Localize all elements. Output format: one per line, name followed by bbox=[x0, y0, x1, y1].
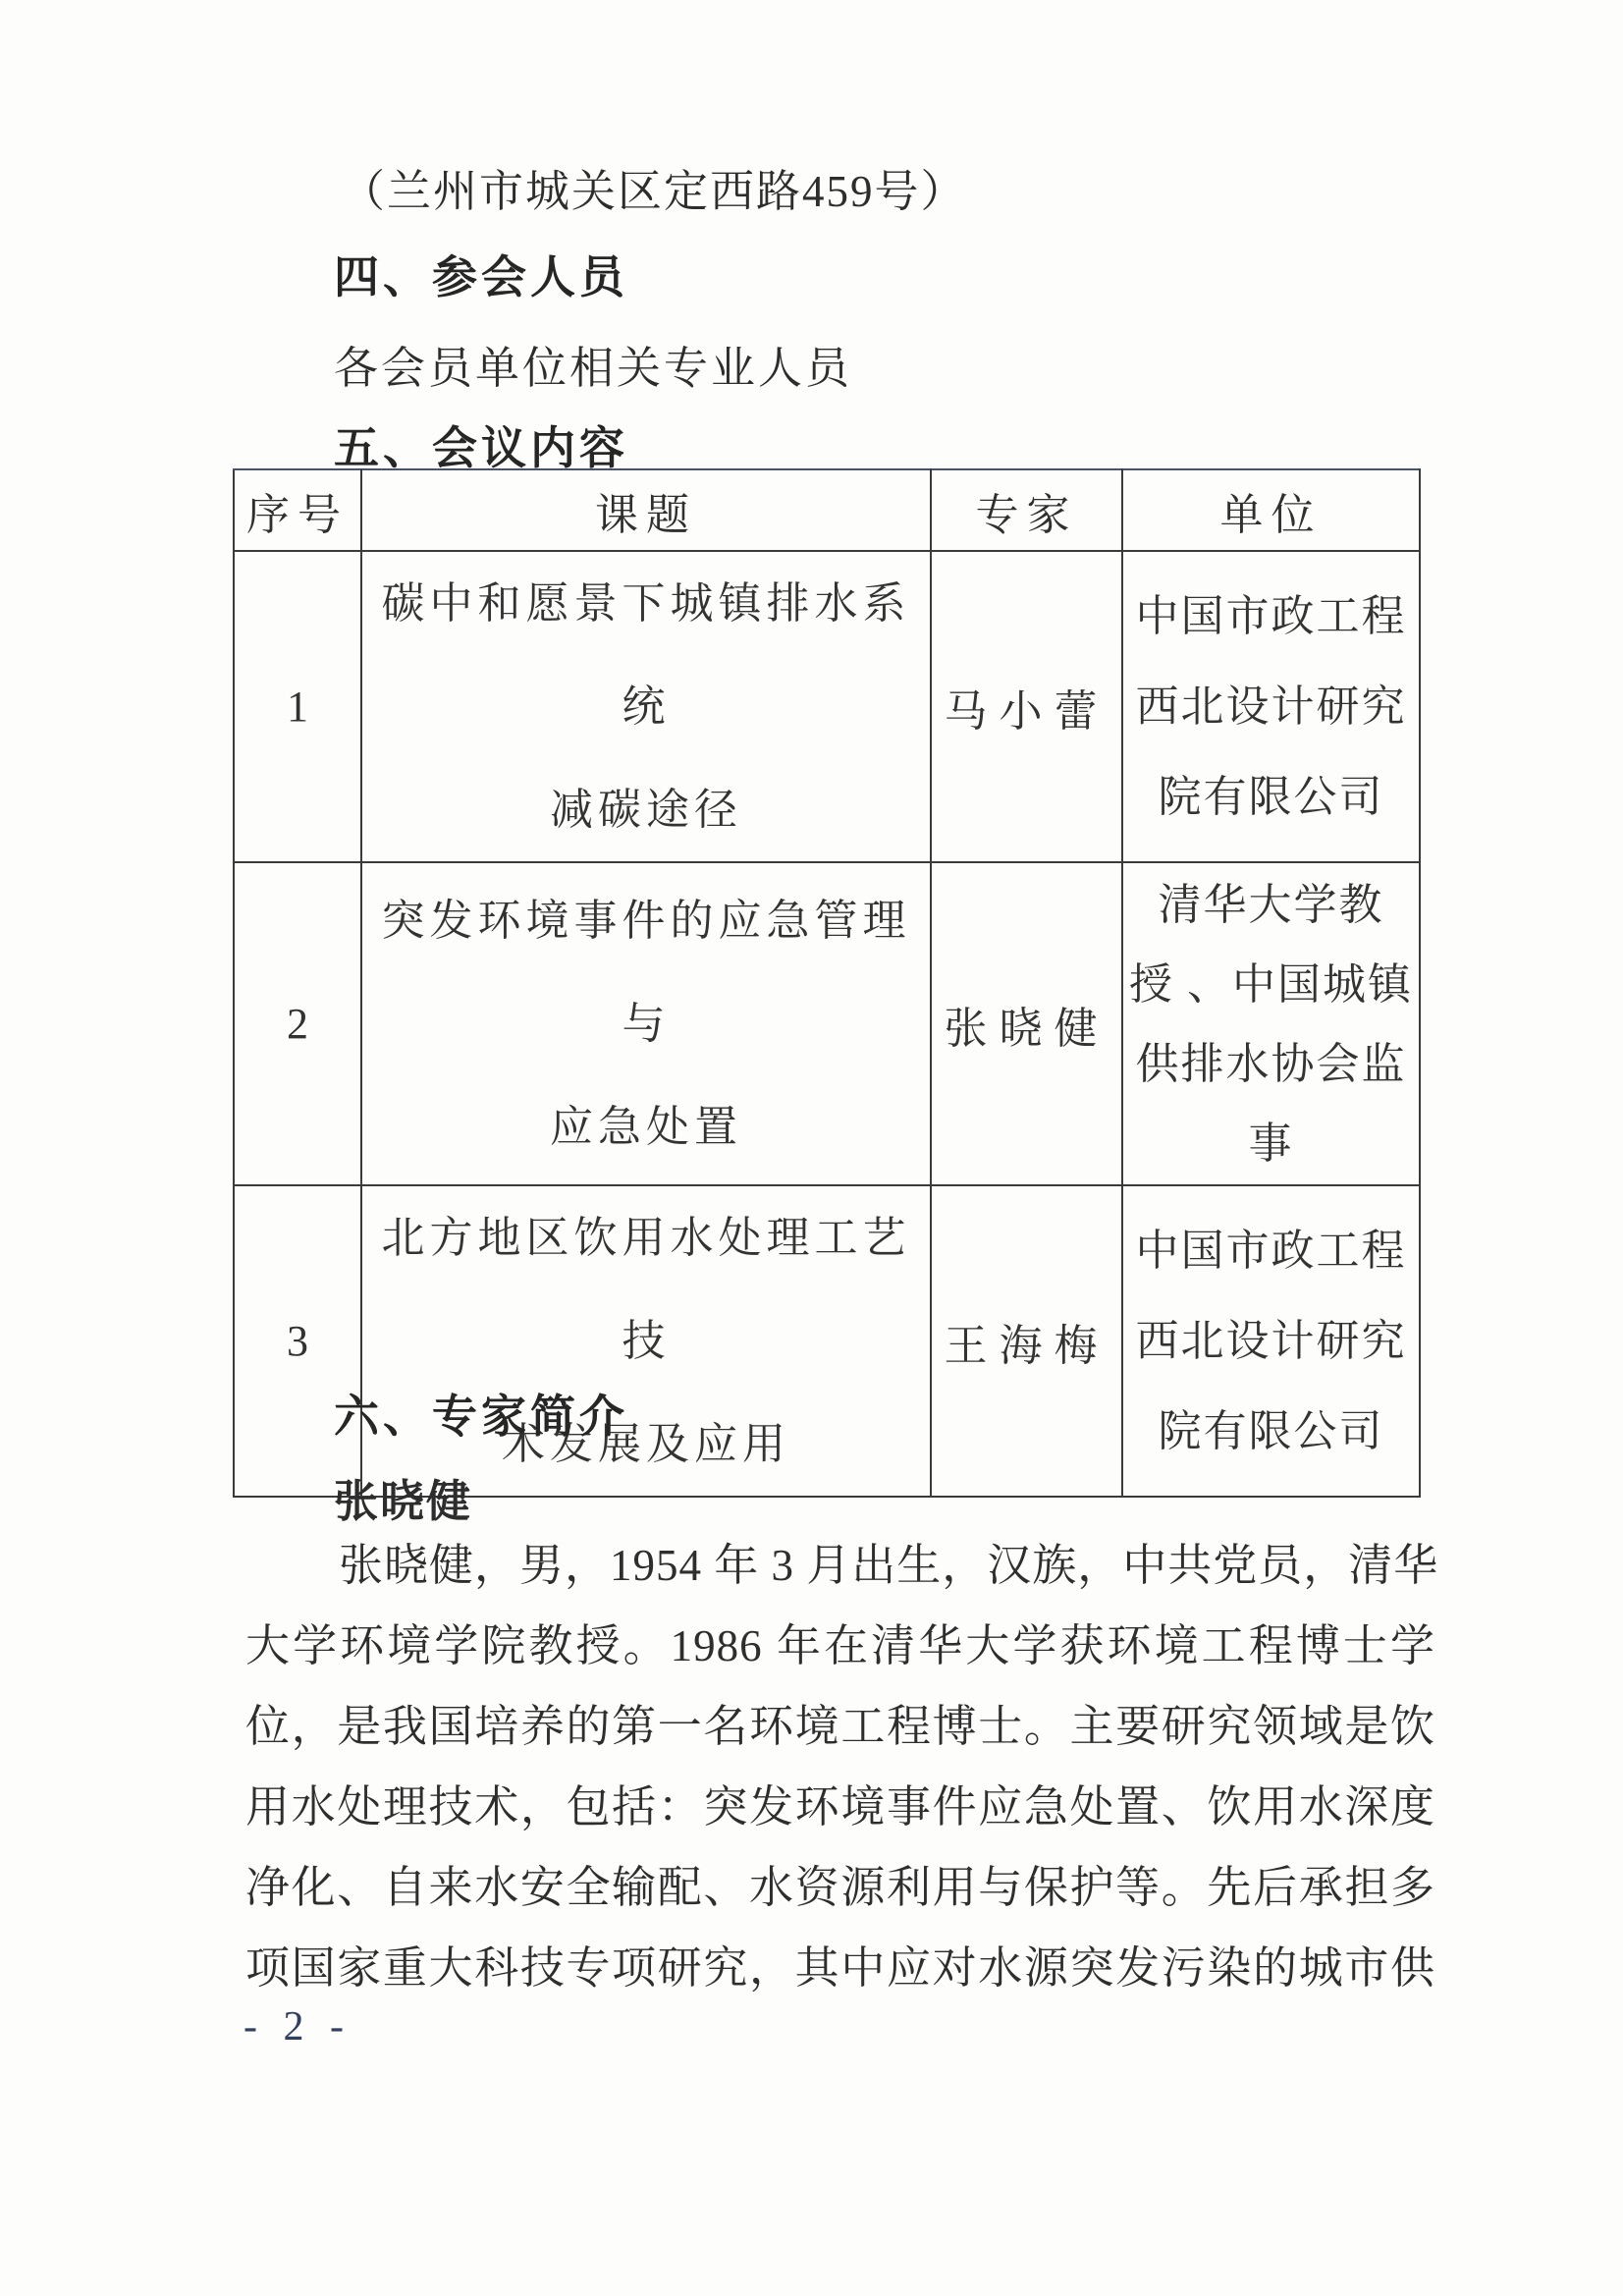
table-row: 3 北方地区饮用水处理工艺技 术发展及应用 王海梅 中国市政工程 西北设计研究 … bbox=[234, 1185, 1420, 1497]
bio-line: 用水处理技术，包括：突发环境事件应急处置、饮用水深度 bbox=[245, 1767, 1435, 1847]
row-unit: 中国市政工程 西北设计研究 院有限公司 bbox=[1122, 551, 1420, 862]
bio-line: 项国家重大科技专项研究，其中应对水源突发污染的城市供 bbox=[245, 1928, 1435, 2008]
row-expert: 马小蕾 bbox=[931, 551, 1122, 862]
unit-line: 事 bbox=[1123, 1104, 1419, 1183]
row-no: 2 bbox=[234, 862, 361, 1185]
topic-line: 减碳途径 bbox=[362, 758, 930, 861]
unit-line: 中国市政工程 bbox=[1123, 1206, 1419, 1296]
row-unit: 清华大学教 授 、中国城镇 供排水协会监 事 bbox=[1122, 862, 1420, 1185]
meeting-content-table: 序号 课题 专家 单位 1 碳中和愿景下城镇排水系统 减碳途径 马小蕾 中国市政… bbox=[233, 468, 1421, 1498]
row-expert: 王海梅 bbox=[931, 1185, 1122, 1497]
row-expert: 张晓健 bbox=[931, 862, 1122, 1185]
section-4-body: 各会员单位相关专业人员 bbox=[334, 332, 852, 396]
section-4-heading: 四、参会人员 bbox=[334, 242, 628, 306]
col-header-topic: 课题 bbox=[361, 469, 931, 551]
col-header-no: 序号 bbox=[234, 469, 361, 551]
unit-line: 西北设计研究 bbox=[1123, 1296, 1419, 1387]
row-no: 1 bbox=[234, 551, 361, 862]
section-6-heading: 六、专家简介 bbox=[334, 1381, 628, 1446]
table-header-row: 序号 课题 专家 单位 bbox=[234, 469, 1420, 551]
col-header-unit: 单位 bbox=[1122, 469, 1420, 551]
bio-line: 净化、自来水安全输配、水资源利用与保护等。先后承担多 bbox=[245, 1847, 1435, 1928]
row-topic: 碳中和愿景下城镇排水系统 减碳途径 bbox=[361, 551, 931, 862]
table-row: 1 碳中和愿景下城镇排水系统 减碳途径 马小蕾 中国市政工程 西北设计研究 院有… bbox=[234, 551, 1420, 862]
topic-line: 北方地区饮用水处理工艺技 bbox=[362, 1186, 930, 1393]
bio-line: 位，是我国培养的第一名环境工程博士。主要研究领域是饮 bbox=[245, 1686, 1435, 1767]
document-page: （兰州市城关区定西路459号） 四、参会人员 各会员单位相关专业人员 五、会议内… bbox=[0, 0, 1623, 2296]
unit-line: 西北设计研究 bbox=[1123, 662, 1419, 752]
unit-line: 授 、中国城镇 bbox=[1123, 945, 1419, 1024]
unit-line: 院有限公司 bbox=[1123, 1387, 1419, 1477]
table-row: 2 突发环境事件的应急管理与 应急处置 张晓健 清华大学教 授 、中国城镇 供排… bbox=[234, 862, 1420, 1185]
unit-line: 中国市政工程 bbox=[1123, 572, 1419, 662]
row-topic: 突发环境事件的应急管理与 应急处置 bbox=[361, 862, 931, 1185]
bio-line: 大学环境学院教授。1986 年在清华大学获环境工程博士学 bbox=[245, 1606, 1435, 1686]
unit-line: 清华大学教 bbox=[1123, 865, 1419, 945]
expert-name-heading: 张晓健 bbox=[334, 1465, 472, 1529]
unit-line: 院有限公司 bbox=[1123, 752, 1419, 843]
address-note: （兰州市城关区定西路459号） bbox=[341, 155, 967, 219]
bio-line: 张晓健，男，1954 年 3 月出生，汉族，中共党员，清华 bbox=[245, 1525, 1435, 1606]
bio-paragraph: 张晓健，男，1954 年 3 月出生，汉族，中共党员，清华 大学环境学院教授。1… bbox=[245, 1525, 1435, 2008]
row-no: 3 bbox=[234, 1185, 361, 1497]
row-topic: 北方地区饮用水处理工艺技 术发展及应用 bbox=[361, 1185, 931, 1497]
topic-line: 碳中和愿景下城镇排水系统 bbox=[362, 552, 930, 758]
col-header-expert: 专家 bbox=[931, 469, 1122, 551]
topic-line: 突发环境事件的应急管理与 bbox=[362, 869, 930, 1075]
row-unit: 中国市政工程 西北设计研究 院有限公司 bbox=[1122, 1185, 1420, 1497]
page-number: - 2 - bbox=[243, 2003, 352, 2050]
topic-line: 应急处置 bbox=[362, 1075, 930, 1178]
unit-line: 供排水协会监 bbox=[1123, 1024, 1419, 1104]
